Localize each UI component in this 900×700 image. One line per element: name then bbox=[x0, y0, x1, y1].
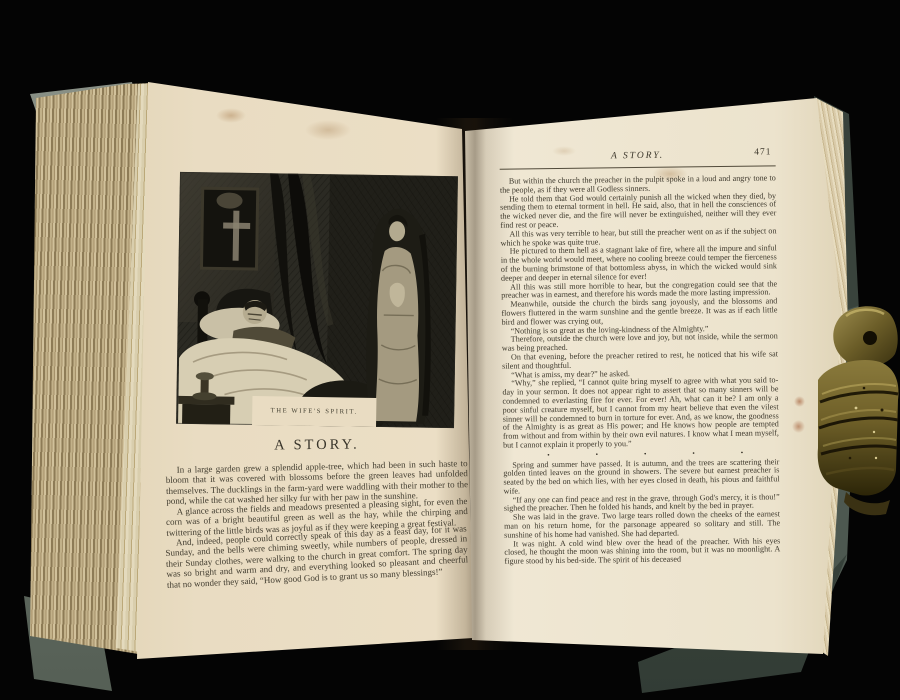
running-header-row: A STORY. 471 bbox=[499, 149, 775, 165]
paragraph: Meanwhile, outside the church the birds … bbox=[501, 297, 777, 327]
illustration-caption: THE WIFE'S SPIRIT. bbox=[271, 407, 358, 415]
dot: • bbox=[547, 451, 550, 460]
dot: • bbox=[644, 450, 647, 459]
left-page-content: THE WIFE'S SPIRIT. A STORY. In a large g… bbox=[166, 174, 468, 590]
book-photo-scene: THE WIFE'S SPIRIT. A STORY. In a large g… bbox=[0, 0, 900, 700]
engraving-bedroom-scene bbox=[176, 172, 458, 428]
illustration-caption-box: THE WIFE'S SPIRIT. bbox=[252, 396, 376, 427]
right-page-content: A STORY. 471 But within the church the p… bbox=[499, 149, 780, 566]
dot: • bbox=[692, 449, 695, 458]
story-title: A STORY. bbox=[166, 435, 468, 455]
paragraph: He told them that God would certainly pu… bbox=[500, 192, 776, 231]
paragraph: Spring and summer have passed. It is aut… bbox=[503, 458, 779, 497]
header-rule bbox=[500, 165, 776, 169]
brass-hand-figure bbox=[816, 298, 900, 516]
dot: • bbox=[595, 450, 598, 459]
dot: • bbox=[741, 448, 744, 457]
right-page-text: But within the church the preacher in th… bbox=[500, 174, 781, 566]
running-header: A STORY. bbox=[499, 149, 775, 162]
page-number: 471 bbox=[754, 147, 771, 157]
paragraph: He pictured to them hell as a stagnant l… bbox=[501, 245, 777, 284]
paragraph: It was night. A cold wind blew over the … bbox=[504, 537, 780, 567]
illustration-wifes-spirit: THE WIFE'S SPIRIT. bbox=[176, 172, 458, 428]
paragraph: “Why,” she replied, “I cannot quite brin… bbox=[502, 377, 779, 451]
hand-fingers bbox=[818, 360, 899, 496]
